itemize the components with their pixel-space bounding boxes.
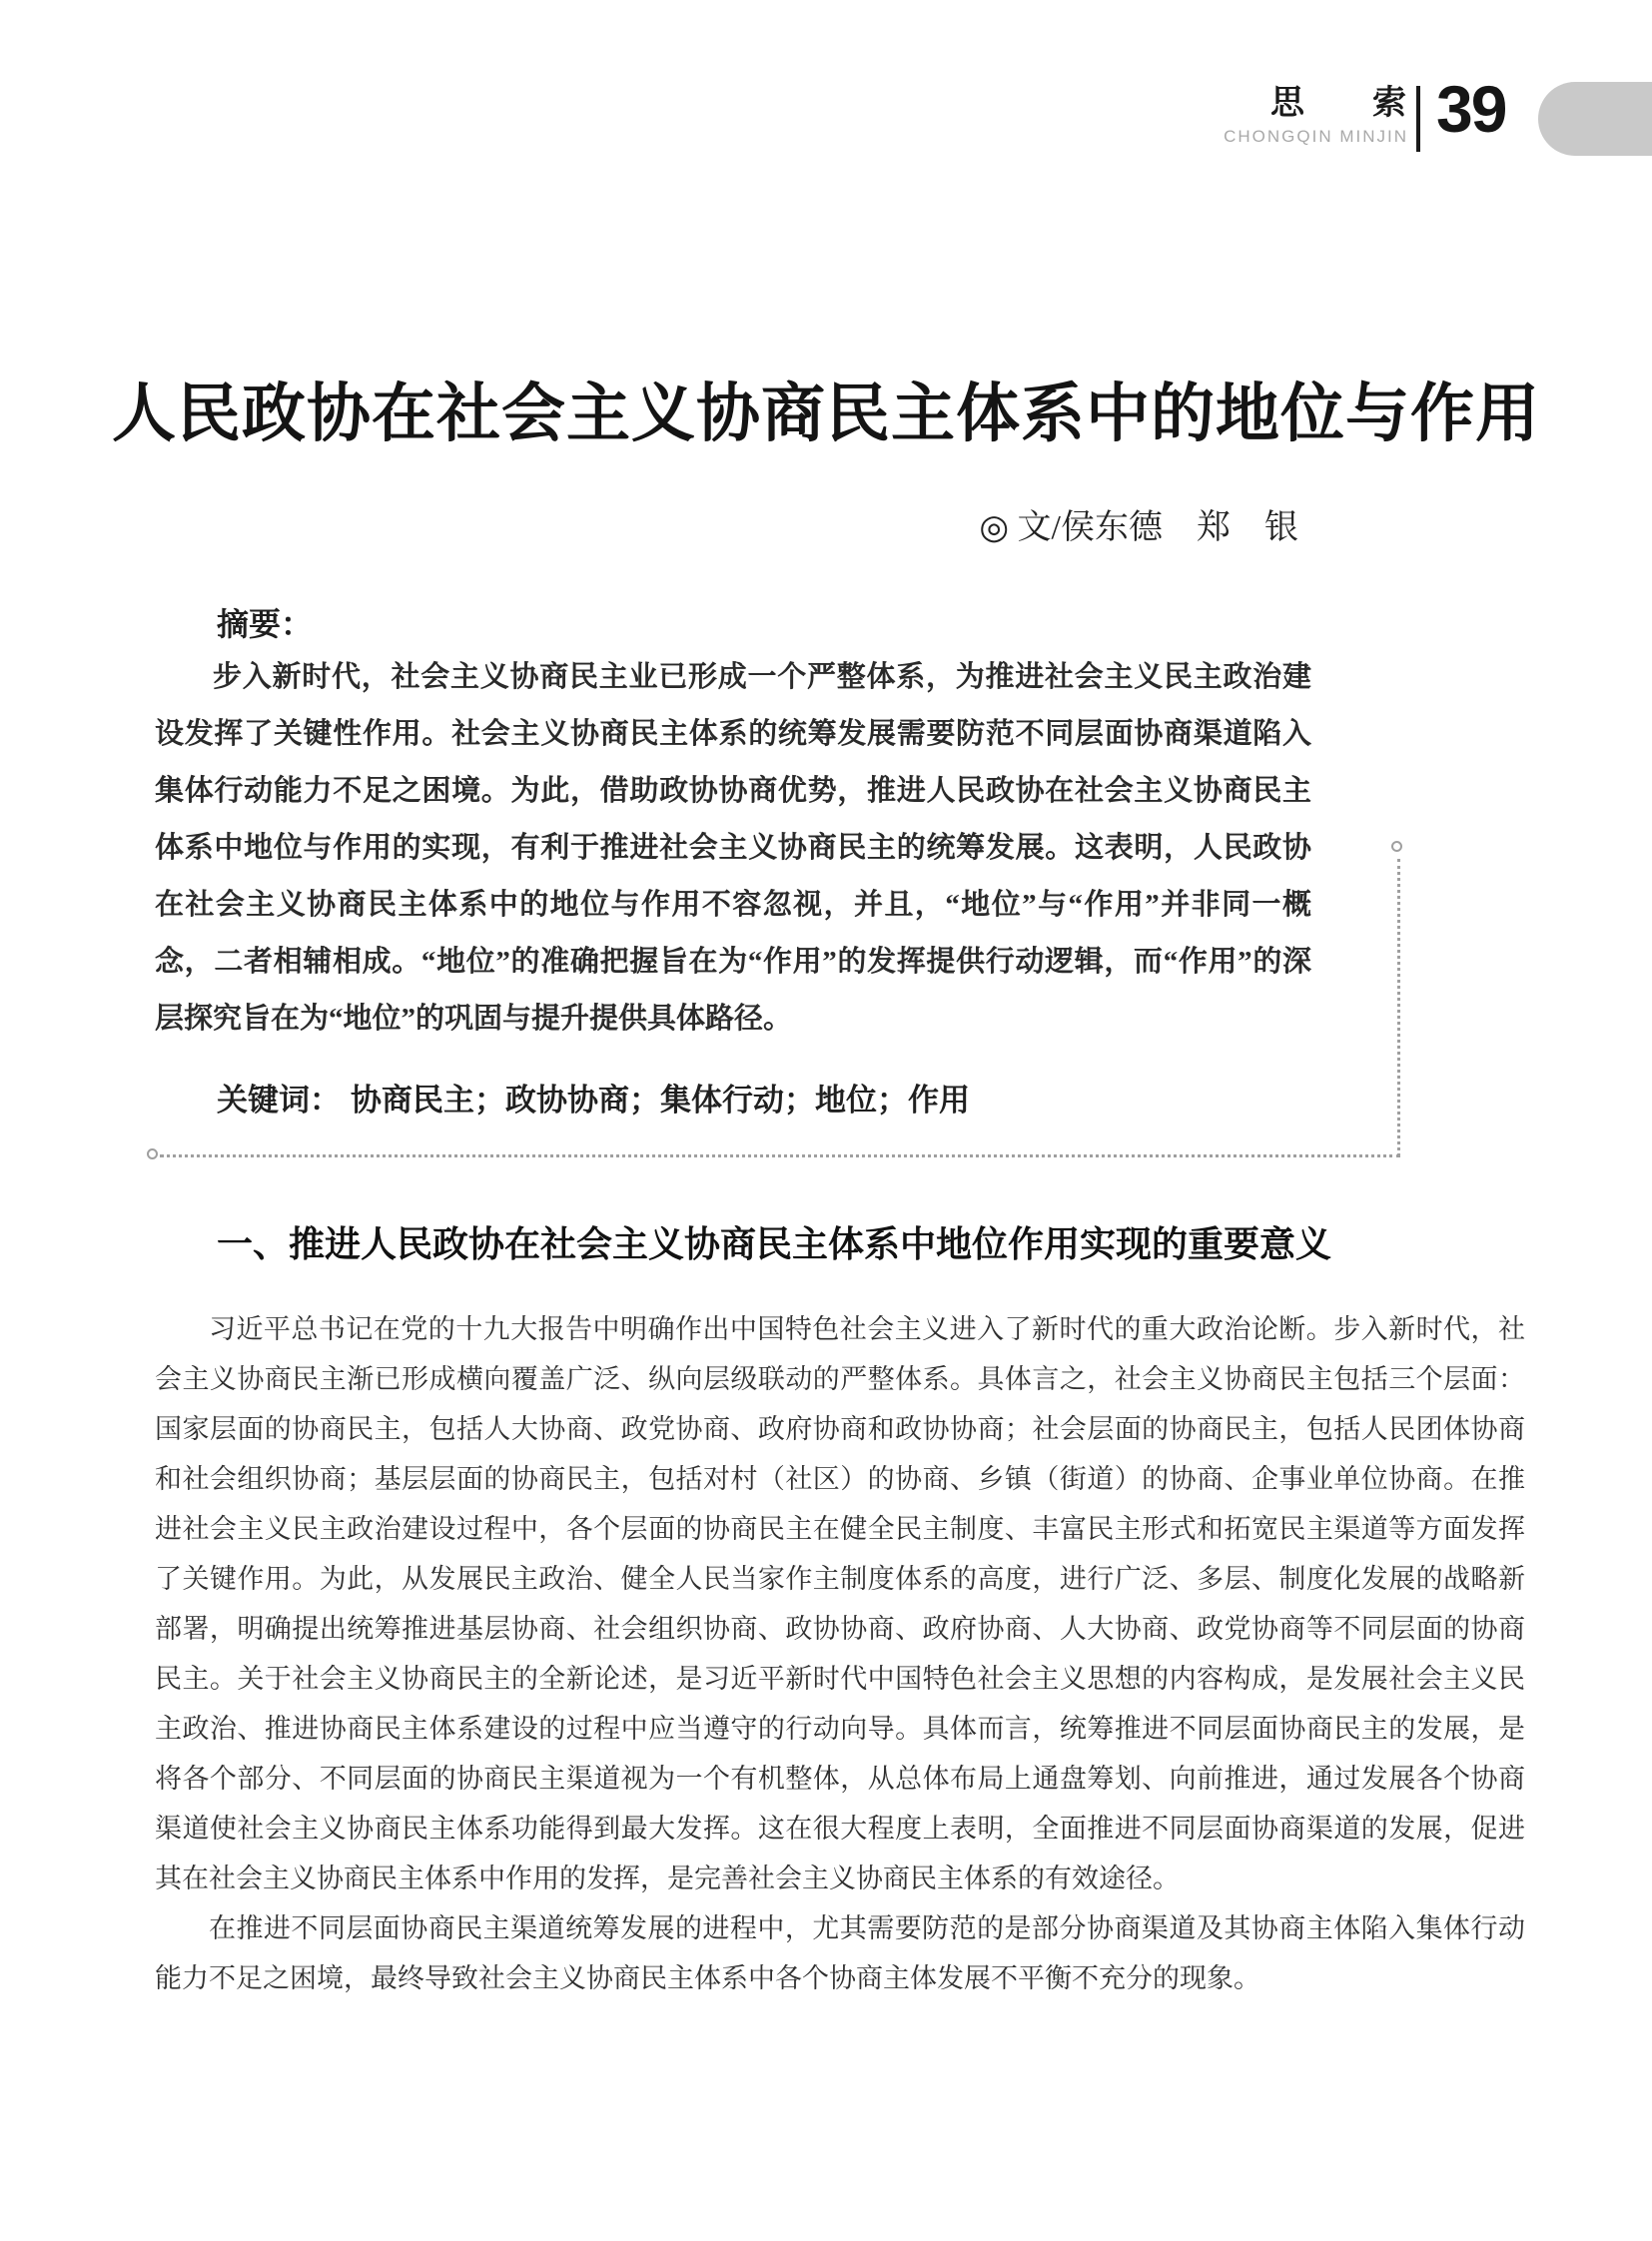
- masthead-divider: [1416, 86, 1420, 152]
- abstract-text: 步入新时代，社会主义协商民主业已形成一个严整体系，为推进社会主义民主政治建设发挥…: [155, 649, 1311, 1048]
- journal-subtitle: CHONGQIN MINJIN: [1224, 128, 1408, 145]
- keywords-label: 关键词：: [217, 1083, 341, 1118]
- corner-gray-block: [1538, 82, 1652, 156]
- article-title: 人民政协在社会主义协商民主体系中的地位与作用: [100, 377, 1552, 451]
- section-heading: 一、推进人民政协在社会主义协商民主体系中地位作用实现的重要意义: [217, 1222, 1331, 1265]
- byline: ◎ 文/侯东德 郑 银: [979, 511, 1298, 545]
- dotted-line-vertical: [1397, 859, 1400, 1156]
- keywords-line: 关键词：协商民主；政协协商；集体行动；地位；作用: [217, 1075, 970, 1120]
- journal-title: 思 索: [1270, 86, 1406, 120]
- article-body: 习近平总书记在党的十九大报告中明确作出中国特色社会主义进入了新时代的重大政治论断…: [155, 1304, 1525, 2003]
- dotted-line-end-circle-left: [147, 1148, 158, 1159]
- abstract-label: 摘要：: [217, 599, 313, 645]
- dotted-line-end-circle-top: [1391, 841, 1402, 852]
- dotted-line-horizontal: [160, 1154, 1400, 1157]
- body-paragraph: 习近平总书记在党的十九大报告中明确作出中国特色社会主义进入了新时代的重大政治论断…: [155, 1304, 1525, 1903]
- page-number: 39: [1436, 76, 1505, 142]
- body-paragraph: 在推进不同层面协商民主渠道统筹发展的进程中，尤其需要防范的是部分协商渠道及其协商…: [155, 1903, 1525, 2003]
- keywords-text: 协商民主；政协协商；集体行动；地位；作用: [351, 1083, 970, 1118]
- journal-page: 思 索 CHONGQIN MINJIN 39 人民政协在社会主义协商民主体系中的…: [0, 0, 1652, 2241]
